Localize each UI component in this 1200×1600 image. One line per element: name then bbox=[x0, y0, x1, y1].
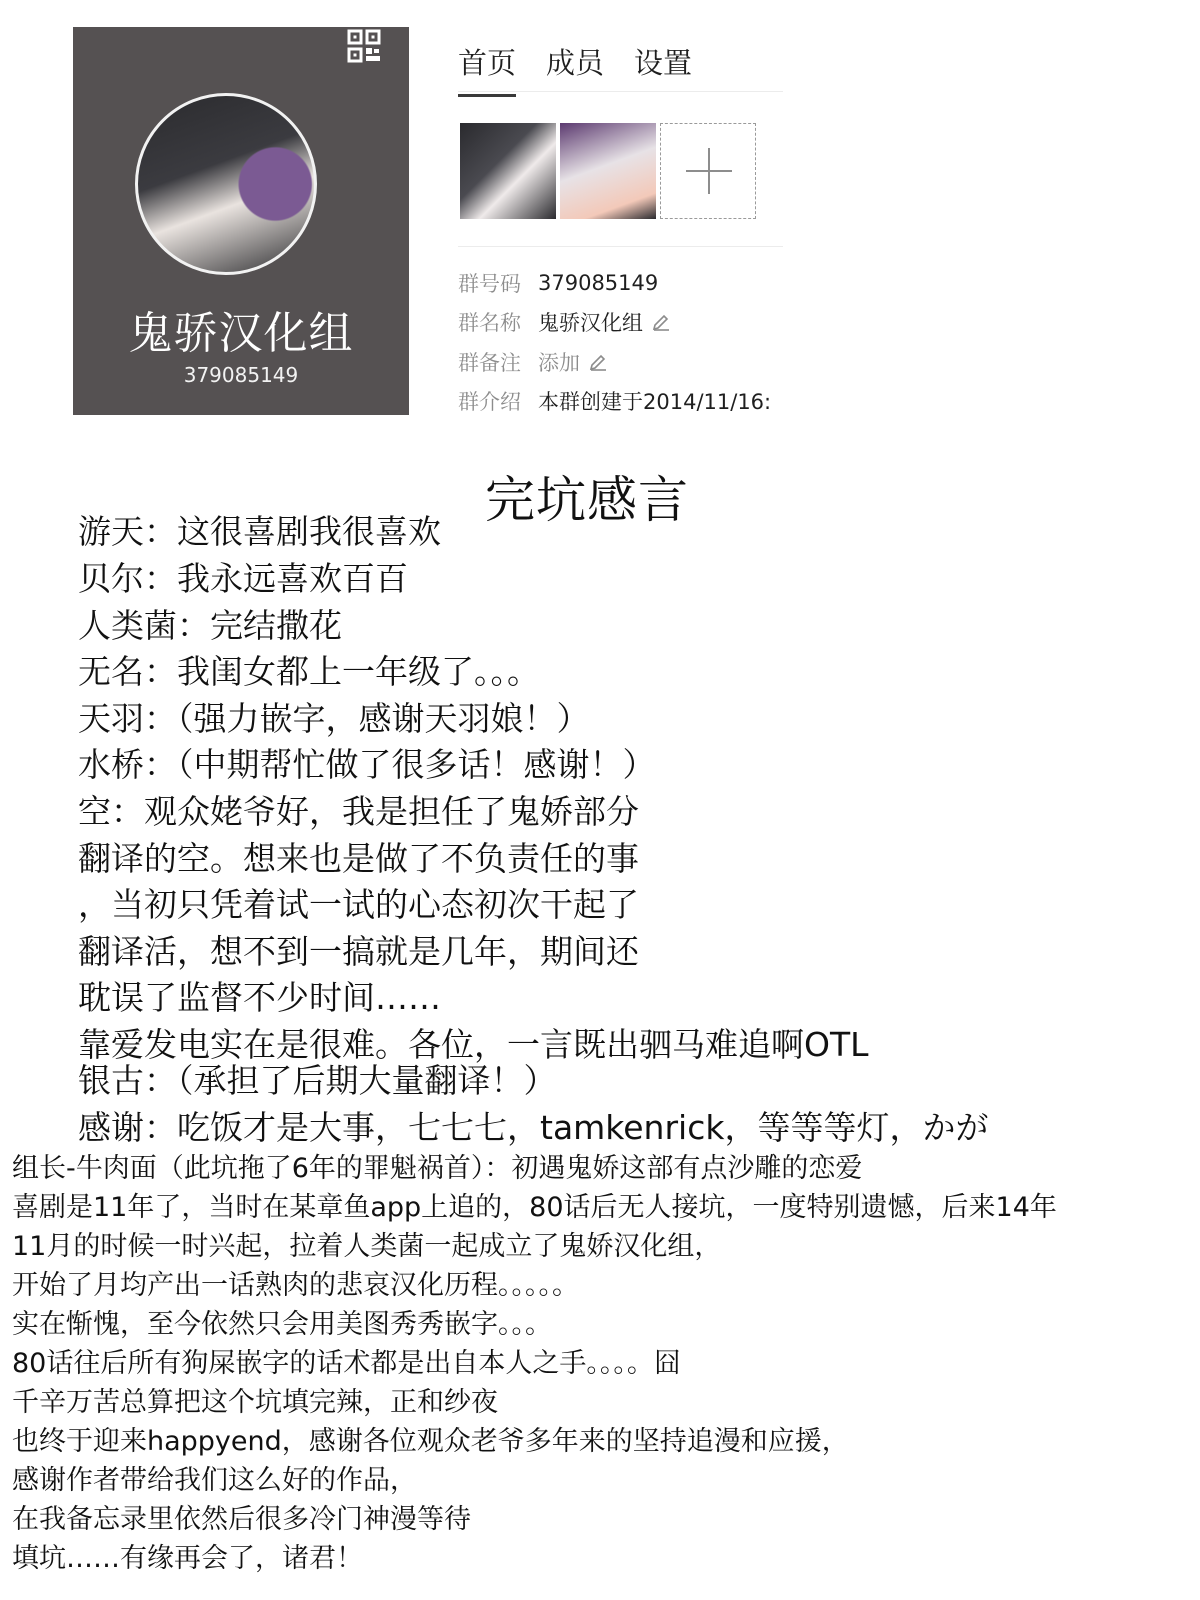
text-line: 空：观众姥爷好，我是担任了鬼娇部分 bbox=[78, 786, 639, 833]
qr-code-icon[interactable] bbox=[347, 29, 381, 63]
plus-icon bbox=[708, 148, 710, 194]
group-profile-card: 鬼骄汉化组 379085149 bbox=[73, 27, 409, 415]
info-row-group-number: 群号码 379085149 bbox=[458, 263, 783, 303]
text-line: 在我备忘录里依然后很多冷门神漫等待 bbox=[12, 1497, 471, 1536]
group-name-value: 鬼骄汉化组 bbox=[538, 307, 643, 337]
info-label: 群号码 bbox=[458, 268, 538, 298]
text-line: 耽误了监督不少时间…… bbox=[78, 972, 441, 1019]
text-line: 千辛万苦总算把这个坑填完辣，正和纱夜 bbox=[12, 1380, 498, 1419]
edit-pencil-icon[interactable] bbox=[588, 352, 608, 372]
text-line: 11月的时候一时兴起，拉着人类菌一起成立了鬼娇汉化组， bbox=[12, 1224, 721, 1263]
album-thumbnail[interactable] bbox=[560, 123, 656, 219]
album-thumbnail[interactable] bbox=[460, 123, 556, 219]
text-line: 喜剧是11年了，当时在某章鱼app上追的，80话后无人接坑，一度特别遗憾，后来1… bbox=[12, 1185, 1057, 1224]
text-line: 游天：这很喜剧我很喜欢 bbox=[78, 506, 441, 553]
text-line: 开始了月均产出一话熟肉的悲哀汉化历程。。。。。 bbox=[12, 1263, 579, 1302]
add-photo-button[interactable] bbox=[660, 123, 756, 219]
group-number-value: 379085149 bbox=[538, 271, 658, 295]
info-row-group-name: 群名称 鬼骄汉化组 bbox=[458, 303, 783, 343]
group-intro-value: 本群创建于2014/11/16: bbox=[538, 386, 783, 416]
text-line: 感谢作者带给我们这么好的作品， bbox=[12, 1458, 417, 1497]
text-line: 感谢：吃饭才是大事，七七七，tamkenrick，等等等灯，かが bbox=[78, 1102, 988, 1149]
text-line: 天羽：（强力嵌字，感谢天羽娘！） bbox=[78, 693, 590, 740]
text-line: 银古：（承担了后期大量翻译！） bbox=[78, 1055, 557, 1102]
tab-members[interactable]: 成员 bbox=[546, 41, 604, 92]
add-remark-link[interactable]: 添加 bbox=[538, 347, 580, 377]
text-line: 水桥：（中期帮忙做了很多话！感谢！） bbox=[78, 739, 656, 786]
text-line: 人类菌：完结撒花 bbox=[78, 600, 342, 647]
info-divider bbox=[458, 246, 783, 247]
text-line: 也终于迎来happyend，感谢各位观众老爷多年来的坚持追漫和应援， bbox=[12, 1419, 849, 1458]
text-line: 贝尔：我永远喜欢百百 bbox=[78, 553, 408, 600]
edit-pencil-icon[interactable] bbox=[651, 312, 671, 332]
group-info-panel: 首页 成员 设置 群号码 379085149 群名称 鬼骄汉化组 群备注 添加 bbox=[458, 27, 783, 417]
group-album bbox=[460, 123, 756, 219]
text-line: 实在惭愧，至今依然只会用美图秀秀嵌字。。。 bbox=[12, 1302, 552, 1341]
text-line: 80话往后所有狗屎嵌字的话术都是出自本人之手。。。。囧 bbox=[12, 1341, 681, 1380]
info-label: 群名称 bbox=[458, 307, 538, 337]
article-title: 完坑感言 bbox=[485, 460, 689, 532]
info-label: 群备注 bbox=[458, 347, 538, 377]
text-line: 翻译活，想不到一搞就是几年，期间还 bbox=[78, 926, 639, 973]
text-line: 无名：我闺女都上一年级了。。。 bbox=[78, 646, 540, 693]
info-label: 群介绍 bbox=[458, 386, 538, 416]
text-line: ，当初只凭着试一试的心态初次干起了 bbox=[78, 879, 639, 926]
tab-divider bbox=[458, 91, 783, 92]
group-avatar[interactable] bbox=[135, 93, 317, 275]
tab-home[interactable]: 首页 bbox=[458, 41, 516, 92]
text-line: 翻译的空。想来也是做了不负责任的事 bbox=[78, 833, 639, 880]
tab-settings[interactable]: 设置 bbox=[634, 41, 692, 92]
info-row-group-intro: 群介绍 本群创建于2014/11/16: bbox=[458, 382, 783, 422]
info-row-group-remark: 群备注 添加 bbox=[458, 342, 783, 382]
text-line: 组长-牛肉面（此坑拖了6年的罪魁祸首）：初遇鬼娇这部有点沙雕的恋爱 bbox=[12, 1146, 862, 1185]
group-id: 379085149 bbox=[73, 363, 409, 387]
group-info-list: 群号码 379085149 群名称 鬼骄汉化组 群备注 添加 群介绍 本群创建于… bbox=[458, 263, 783, 421]
text-line: 填坑……有缘再会了，诸君！ bbox=[12, 1536, 363, 1575]
tab-bar: 首页 成员 设置 bbox=[458, 41, 692, 92]
group-name: 鬼骄汉化组 bbox=[73, 297, 409, 361]
